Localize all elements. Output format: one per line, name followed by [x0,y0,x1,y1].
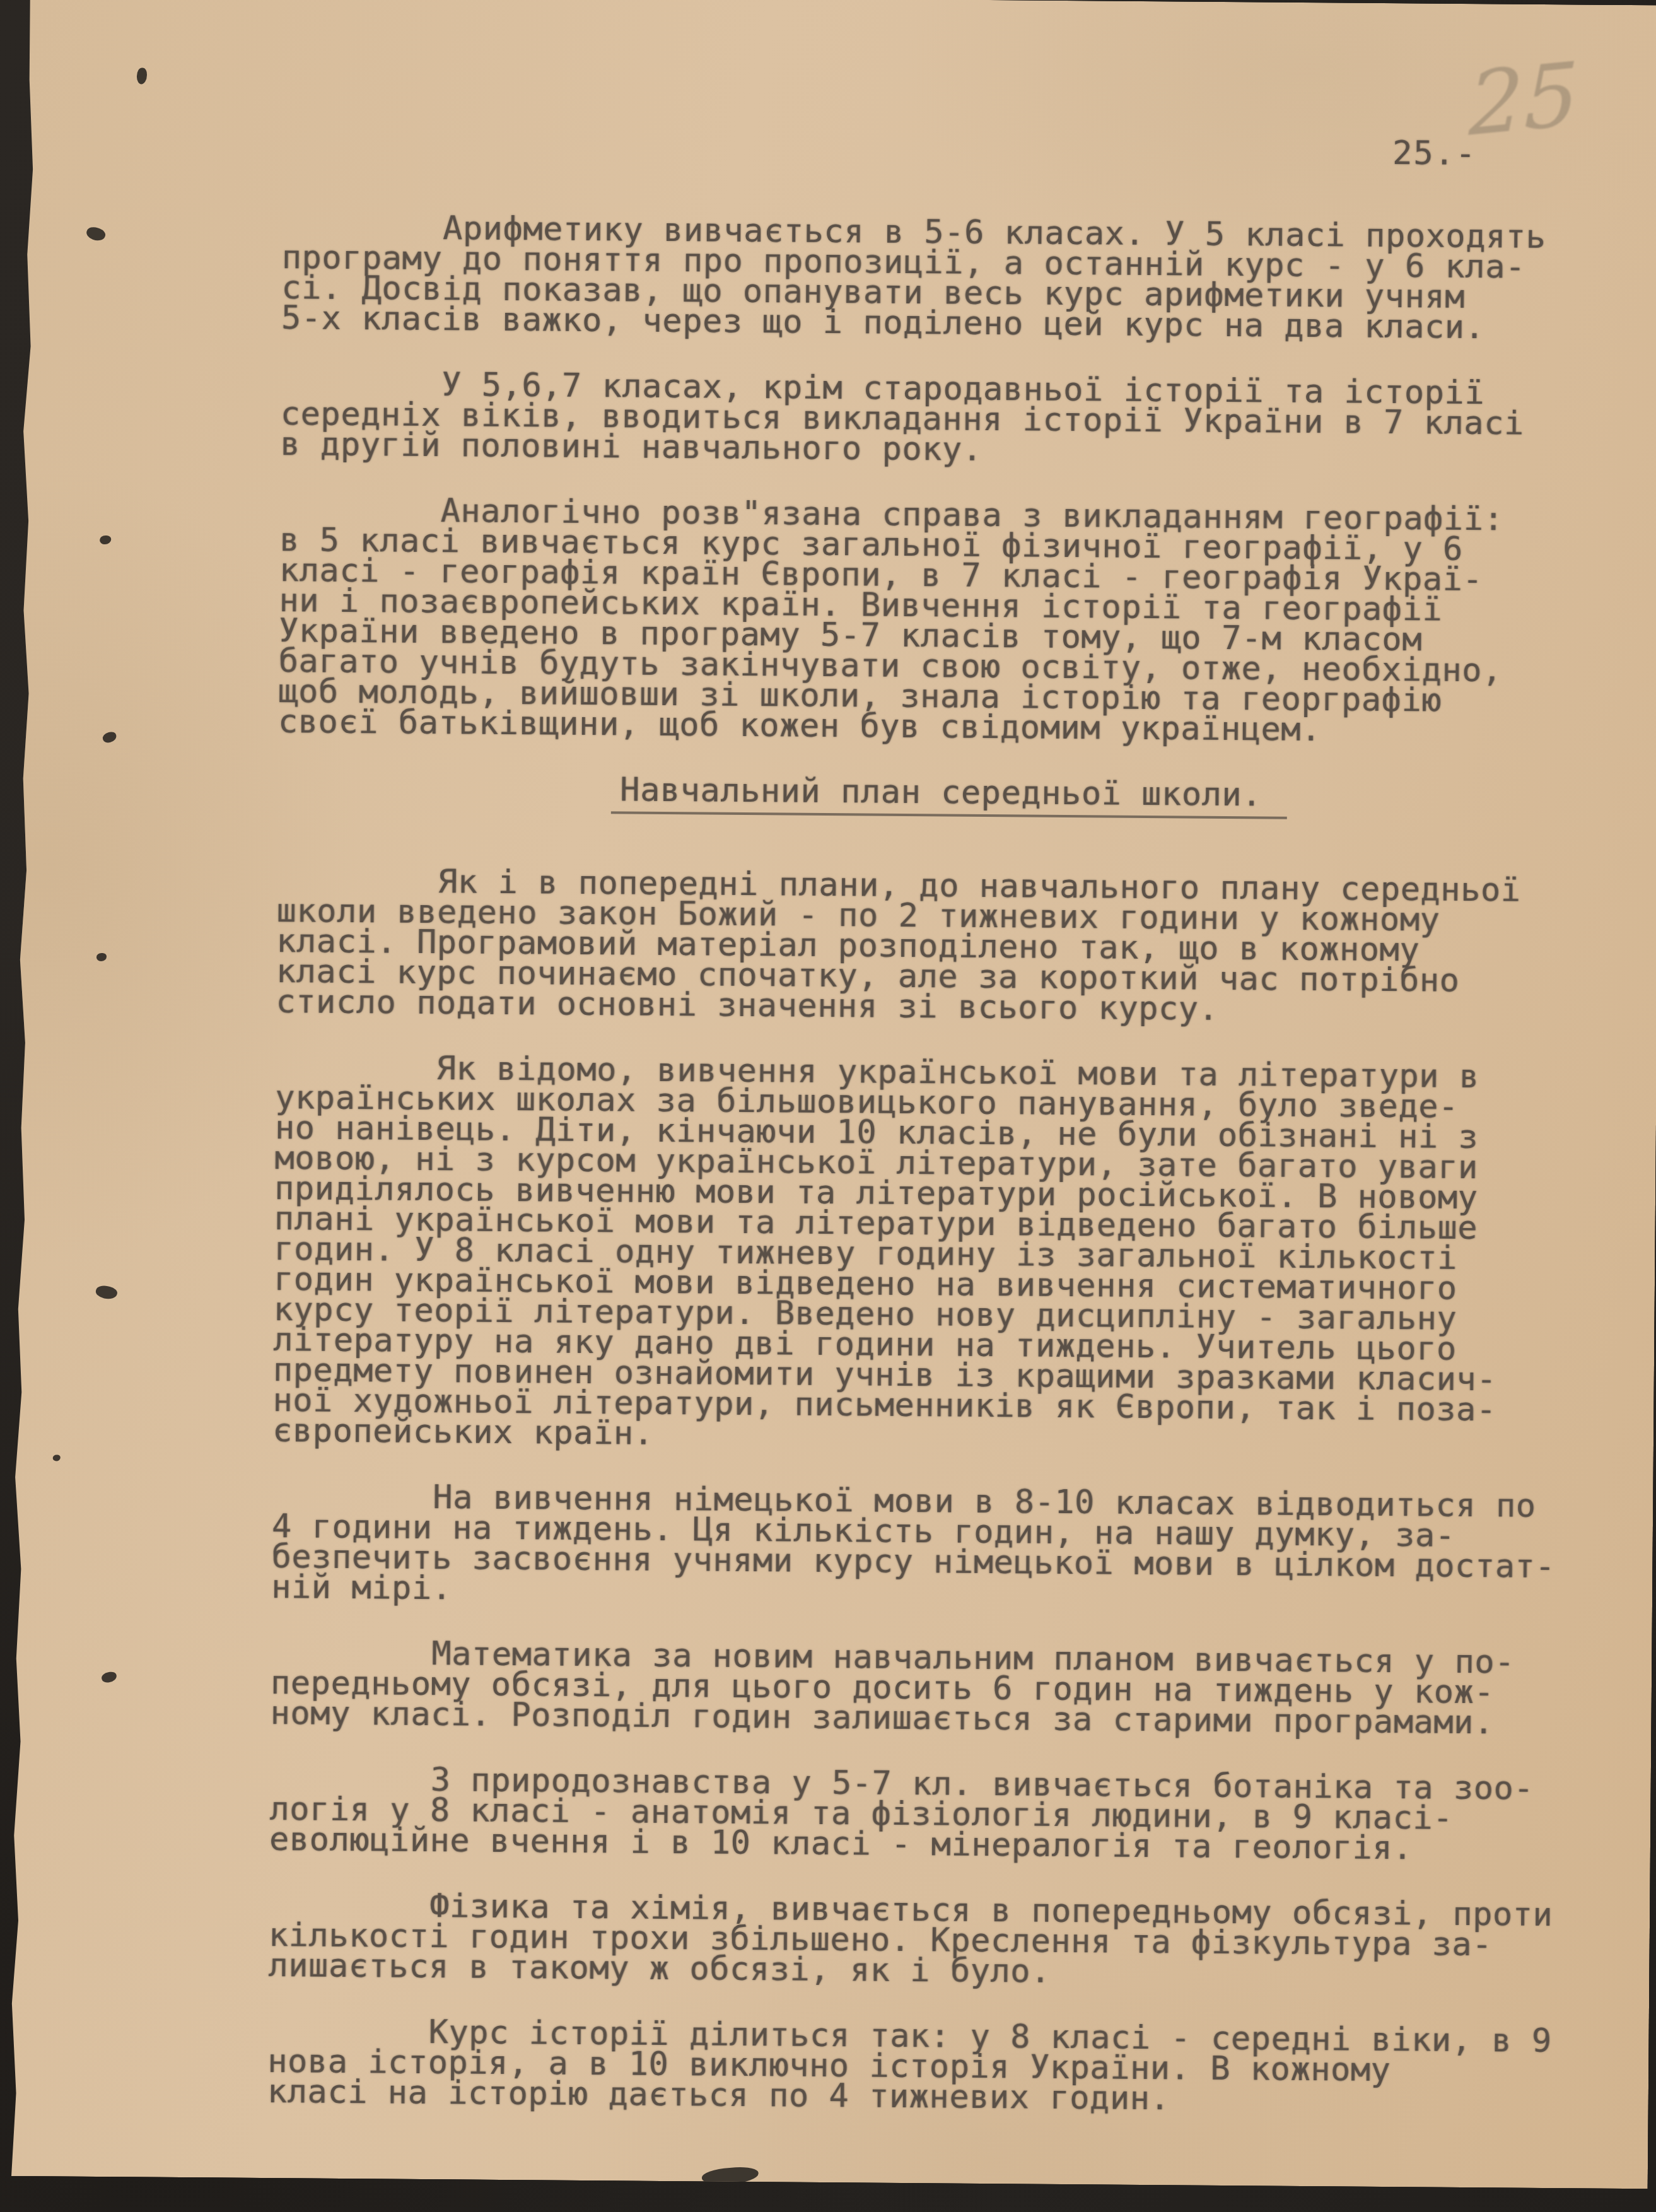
paragraph: Курс історії ділиться так: у 8 класі - с… [267,2016,1611,2117]
paper-speck [137,67,147,84]
paragraph: Як і в попередні плани, до навчального п… [276,865,1620,1027]
document-page: 25 25.- Арифметику вивчається в 5-6 клас… [8,0,1656,2189]
paper-speck [701,2166,759,2186]
section-heading: Навчальний план середньої школи. [277,772,1621,822]
paper-speck [95,1284,119,1301]
paragraph: У 5,6,7 класах, крім стародавньої історі… [280,368,1624,470]
text-line: 5-х класів важко, через що і поділено це… [281,303,1624,344]
paragraph: Фізика та хімія, вивчається в попередньо… [268,1890,1612,1991]
page-number-handwritten: 25 [1469,43,1580,156]
paper-speck [85,225,107,243]
page-number-typed: 25.- [1392,134,1477,173]
paper-speck [53,1454,61,1461]
text-line: безпечить засвоєння учнями курсу німецьк… [271,1542,1614,1583]
paragraph: На вивчення німецької мови в 8-10 класах… [271,1481,1615,1613]
paper-speck [101,1671,117,1683]
text-line: ному класі. Розподіл годин залишається з… [270,1698,1613,1739]
paragraph: Арифметику вивчається в 5-6 класах. У 5 … [281,212,1625,344]
scan-background: 25 25.- Арифметику вивчається в 5-6 клас… [0,0,1656,2212]
paper-speck [100,535,111,544]
paper-speck [102,731,117,744]
paper-speck [96,953,107,961]
paragraph: Аналогічно розв"язана справа з викладанн… [278,494,1623,747]
paragraph: З природознавства у 5-7 кл. вивчається б… [269,1764,1613,1865]
paragraph: Як відомо, вивчення української мови та … [272,1052,1619,1456]
body-text: Арифметику вивчається в 5-6 класах. У 5 … [267,212,1625,2153]
text-line: еволюційне вчення і в 10 класі - мінерал… [269,1824,1612,1865]
paragraph: Математика за новим навчальним планом ви… [270,1637,1614,1739]
section-heading-text: Навчальний план середньої школи. [611,775,1287,819]
